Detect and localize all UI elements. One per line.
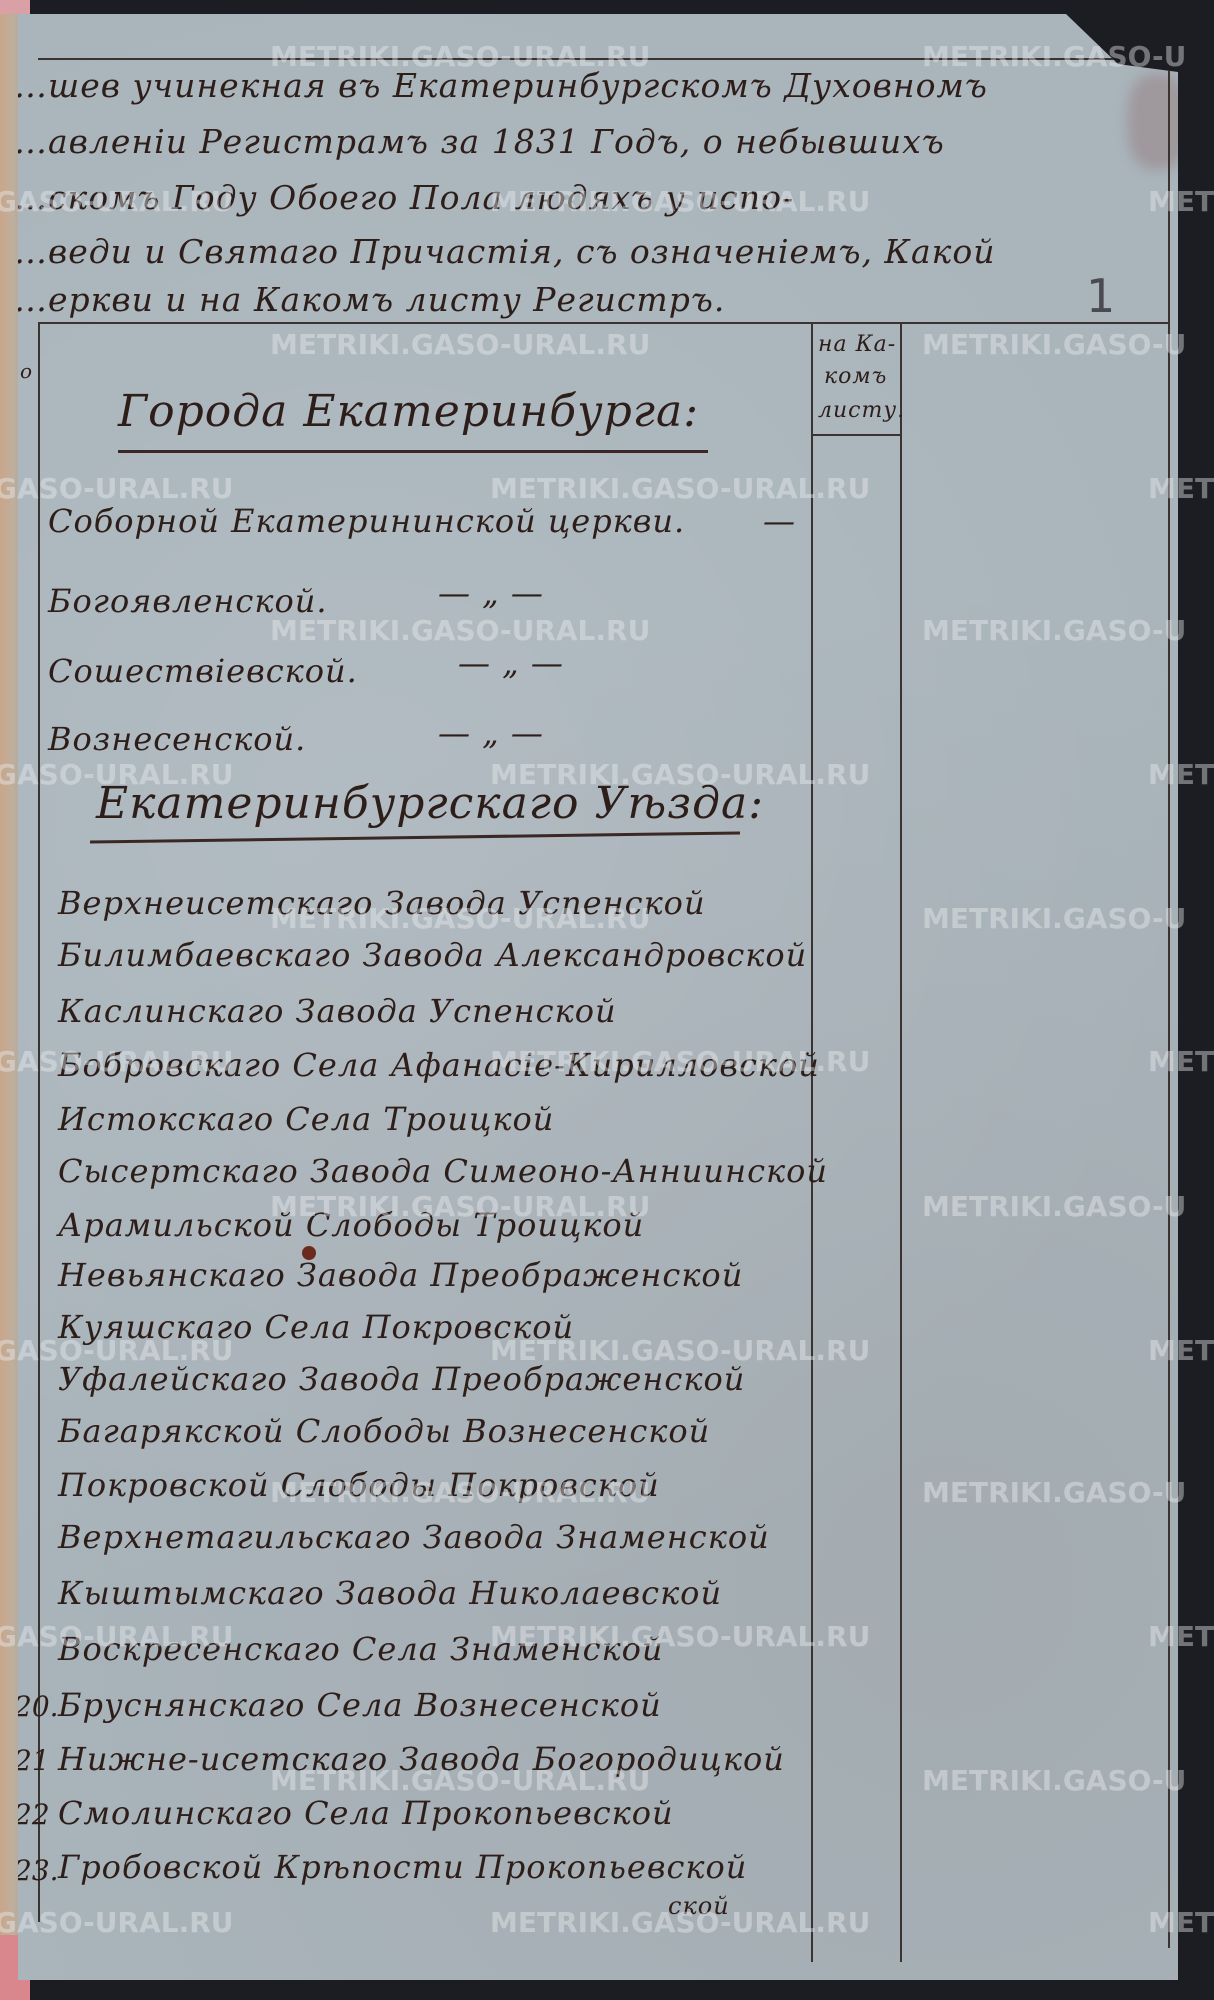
watermark: GASO-URAL.RU [0,1045,234,1078]
watermark: METRIKI.GASO-U [922,902,1186,935]
watermark: METRIKI.GASO-U [922,1476,1186,1509]
watermark: METI [1148,1620,1214,1653]
entry-number-20: 20. [14,1690,59,1723]
entry-number-21: 21 [14,1744,50,1777]
district-entry-11: Багарякской Слободы Вознесенской [58,1412,710,1450]
city-entry-4-ditto: — „ — [438,714,544,752]
watermark: METRIKI.GASO-URAL.RU [270,1764,650,1797]
watermark: METRIKI.GASO-URAL.RU [270,614,650,647]
watermark: GASO-URAL.RU [0,472,234,505]
watermark: METRIKI.GASO-URAL.RU [270,328,650,361]
district-entry-3: Каслинскаго Завода Успенской [58,992,617,1030]
watermark: METI [1148,185,1214,218]
city-entry-1-dash: — [763,502,796,540]
column-divider-left [811,322,813,1962]
watermark: METRIKI.GASO-URAL.RU [270,40,650,73]
entry-number-22: 22 [14,1798,50,1831]
header-line-2: …авленіи Регистрамъ за 1831 Годъ, о небы… [14,122,945,161]
watermark: METRIKI.GASO-U [922,614,1186,647]
watermark: METRIKI.GASO-URAL.RU [490,1620,870,1653]
column-header-line-2: комъ [824,364,887,389]
watermark: GASO-URAL.RU [0,1334,234,1367]
district-entry-2: Билимбаевскаго Завода Александровской [58,936,807,974]
watermark: GASO-URAL.RU [0,758,234,791]
header-bottom-rule [38,322,1168,324]
watermark: METRIKI.GASO-U [922,1764,1186,1797]
watermark: METI [1148,758,1214,791]
district-entry-5: Истокскаго Села Троицкой [58,1100,554,1138]
city-entry-2-ditto: — „ — [438,574,544,612]
city-entry-1: Соборной Екатерининской церкви. [48,502,685,540]
entry-number-23: 23. [14,1854,59,1887]
district-entry-6: Сысертскаго Завода Симеоно-Анниинской [58,1152,828,1190]
watermark: METRIKI.GASO-URAL.RU [490,185,870,218]
district-entry-13: Верхнетагильскаго Завода Знаменской [58,1518,770,1556]
district-entry-16: Бруснянскаго Села Вознесенской [58,1686,662,1724]
watermark: METI [1148,1334,1214,1367]
header-line-4: …веди и Святаго Причастія, съ означеніем… [14,232,995,271]
watermark: METRIKI.GASO-U [922,1190,1186,1223]
city-entry-4: Вознесенской. [48,720,306,758]
section-title-underline-2 [90,831,740,843]
left-margin-rule [38,322,40,1922]
watermark: METRIKI.GASO-URAL.RU [490,1906,870,1939]
watermark: METRIKI.GASO-URAL.RU [490,472,870,505]
section-title-underline [118,450,708,453]
column-divider-right [900,322,902,1962]
manuscript-page: …шев учинекная въ Екатеринбургскомъ Духо… [18,14,1178,1980]
city-entry-3: Сошествіевской. [48,652,358,690]
watermark: GASO-URAL.RU [0,185,234,218]
watermark: METRIKI.GASO-URAL.RU [490,1045,870,1078]
watermark: METRIKI.GASO-URAL.RU [270,902,650,935]
district-entry-18: Смолинскаго Села Прокопьевской [58,1794,674,1832]
header-line-5: …еркви и на Какомъ листу Регистръ. [14,280,725,319]
section-title-city: Города Екатеринбурга: [118,386,699,437]
district-entry-8: Невьянскаго Завода Преображенской [58,1256,743,1294]
watermark: METI [1148,1045,1214,1078]
margin-mark: о [20,359,32,383]
watermark: METRIKI.GASO-URAL.RU [490,758,870,791]
column-header-line-1: на Ка- [818,332,896,357]
city-entry-3-ditto: — „ — [458,644,564,682]
watermark: METRIKI.GASO-U [922,328,1186,361]
watermark: METRIKI.GASO-URAL.RU [270,1476,650,1509]
binding-tab-top [0,0,30,14]
watermark: METRIKI.GASO-URAL.RU [270,1190,650,1223]
watermark: METRIKI.GASO-U [922,40,1186,73]
watermark: METI [1148,1906,1214,1939]
watermark: METRIKI.GASO-URAL.RU [490,1334,870,1367]
watermark: METI [1148,472,1214,505]
watermark: GASO-URAL.RU [0,1620,234,1653]
water-stain [1128,74,1188,169]
district-entry-19: Гробовской Крѣпости Прокопьевской [58,1848,747,1886]
column-header-rule [811,434,901,436]
page-number: 1 [1086,269,1115,323]
watermark: GASO-URAL.RU [0,1906,234,1939]
district-entry-14: Кыштымскаго Завода Николаевской [58,1574,722,1612]
column-header-line-3: листу. [818,398,905,423]
